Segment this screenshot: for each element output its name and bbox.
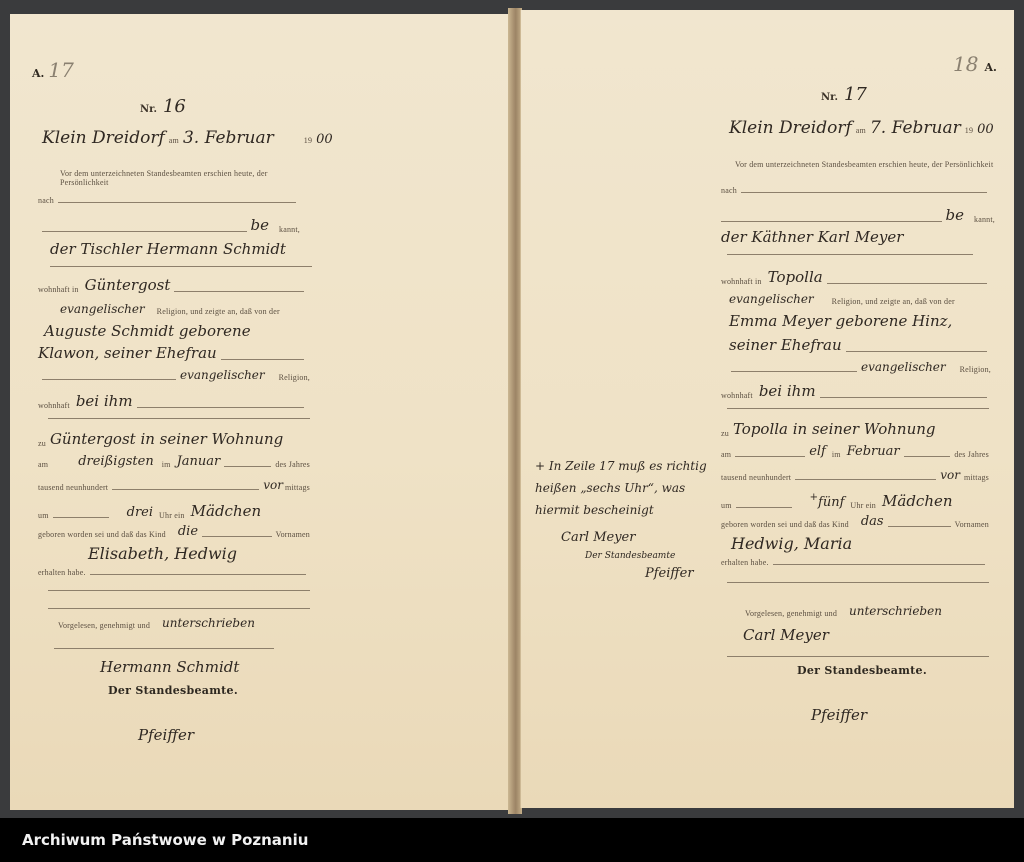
entry-number-value: 17: [844, 84, 867, 105]
year-prefix: 19: [965, 126, 973, 135]
mother-residence: bei ihm: [759, 382, 816, 400]
residence-row: wohnhaft in Güntergost: [38, 276, 308, 294]
year-suffix: 00: [977, 122, 994, 137]
birth-year-row: tausend neunhundert vor mittags: [721, 468, 989, 482]
residence: Topolla: [768, 268, 823, 286]
signature-official: Pfeiffer: [138, 726, 194, 744]
residence: Güntergost: [85, 276, 171, 294]
mother-line-1: Auguste Schmidt geborene: [44, 322, 314, 340]
mother-residence: bei ihm: [76, 392, 133, 410]
religion-label: Religion,: [279, 373, 310, 382]
time-period: vor: [263, 478, 283, 492]
margin-correction-note: + In Zeile 17 muß es richtig heißen „sec…: [535, 455, 715, 585]
archive-footer: Archiwum Państwowe w Poznaniu: [0, 818, 1024, 862]
article: das: [861, 514, 884, 529]
year-suffix: 00: [316, 132, 333, 147]
vorgelesen-row: Vorgelesen, genehmigt und unterschrieben: [58, 616, 308, 630]
child-row: geboren worden sei und daß das Kind die …: [38, 524, 310, 539]
birth-date-row: am dreißigsten im Januar des Jahres: [38, 454, 310, 469]
bekannt-row: bekannt,: [38, 216, 300, 234]
place: Klein Dreidorf: [42, 128, 165, 148]
signature-official: Pfeiffer: [811, 706, 867, 724]
note-line-2: heißen „sechs Uhr“, was: [535, 477, 715, 499]
left-page: A.17 Nr.16 Klein Dreidorf am 3. Februar …: [10, 14, 510, 810]
birth-hour-row: um + fünf Uhr ein Mädchen: [721, 492, 989, 510]
im-label: im: [832, 450, 841, 459]
folio-number: 18: [953, 52, 978, 76]
vorgelesen-label: Vorgelesen, genehmigt und: [745, 609, 837, 618]
birth-day: elf: [809, 444, 826, 459]
erhalten-row: erhalten habe.: [38, 568, 310, 577]
child-names: Elisabeth, Hedwig: [88, 544, 237, 563]
date-line: Klein Dreidorf am 7. Februar 19 00: [729, 118, 994, 138]
intro-label: Vor dem unterzeichneten Standesbeamten e…: [60, 169, 310, 187]
um-label: um: [721, 501, 732, 510]
declarant-row: der Käthner Karl Meyer: [721, 228, 991, 246]
nach-label: nach: [38, 196, 54, 205]
bekannt-prefix: be: [251, 216, 269, 234]
mother-line-1: Emma Meyer geborene Hinz,: [729, 312, 999, 330]
nr-label: Nr.: [140, 104, 157, 115]
year-prefix: 19: [304, 136, 312, 145]
am-label: am: [169, 136, 179, 145]
vorgelesen-label: Vorgelesen, genehmigt und: [58, 621, 150, 630]
religion-mother: evangelischer: [861, 360, 946, 374]
geboren-label: geboren worden sei und daß das Kind: [721, 520, 849, 529]
nr-label: Nr.: [821, 92, 838, 103]
kannt-label: kannt,: [279, 225, 300, 234]
folio-number: 17: [48, 58, 73, 82]
wohnhaft-in-label: wohnhaft in: [721, 277, 762, 286]
birth-hour-row: um drei Uhr ein Mädchen: [38, 502, 310, 520]
birth-hour: drei: [127, 505, 153, 520]
folio-letter: A.: [32, 67, 44, 80]
mittags-label: mittags: [285, 483, 310, 492]
des-jahres-label: des Jahres: [954, 450, 989, 459]
religion-mother: evangelischer: [180, 368, 265, 382]
birth-year-row: tausend neunhundert vor mittags: [38, 478, 310, 492]
vorgelesen-row: Vorgelesen, genehmigt und unterschrieben: [745, 604, 995, 618]
religion-declarant: evangelischer: [60, 302, 145, 316]
birth-place: Güntergost in seiner Wohnung: [50, 430, 283, 448]
am-label: am: [856, 126, 866, 135]
mother-religion-row: evangelischerReligion,: [38, 368, 310, 382]
standesbeamte-label: Der Standesbeamte.: [797, 664, 927, 677]
date-line: Klein Dreidorf am 3. Februar 19 00: [42, 128, 333, 148]
intro-text: Vor dem unterzeichneten Standesbeamten e…: [60, 169, 310, 187]
entry-number: Nr.16: [140, 96, 186, 117]
religion-declarant: evangelischer: [729, 292, 814, 306]
intro-text: Vor dem unterzeichneten Standesbeamten e…: [735, 160, 995, 169]
birth-place-row: zu Topolla in seiner Wohnung: [721, 420, 1001, 438]
mittags-label: mittags: [964, 473, 989, 482]
child-names-row: Hedwig, Maria: [731, 534, 951, 553]
approval: unterschrieben: [162, 616, 255, 630]
mother-line-2: seiner Ehefrau: [729, 336, 991, 354]
time-period: vor: [940, 468, 960, 482]
vornamen-label: Vornamen: [955, 520, 989, 529]
bekannt-row: bekannt,: [717, 206, 995, 224]
mother-residence-row: wohnhaft bei ihm: [721, 382, 991, 400]
zu-label: zu: [721, 429, 729, 438]
erhalten-row: erhalten habe.: [721, 558, 989, 567]
birth-day: dreißigsten: [78, 454, 154, 469]
note-line-1: + In Zeile 17 muß es richtig: [535, 455, 715, 477]
child-sex: Mädchen: [191, 502, 262, 520]
mother-name: Auguste Schmidt geborene: [44, 322, 251, 340]
note-line-3: hiermit bescheinigt: [535, 499, 715, 521]
kannt-label: kannt,: [974, 215, 995, 224]
entry-number-value: 16: [163, 96, 186, 117]
note-official-title: Der Standesbeamte: [585, 549, 715, 563]
tausend-label: tausend neunhundert: [38, 483, 108, 492]
birth-place-row: zu Güntergost in seiner Wohnung: [38, 430, 318, 448]
birth-place: Topolla in seiner Wohnung: [733, 420, 936, 438]
religion-row: evangelischer Religion, und zeigte an, d…: [729, 292, 989, 306]
wohnhaft-label: wohnhaft: [721, 391, 753, 400]
residence-row: wohnhaft in Topolla: [721, 268, 991, 286]
correction-mark: +: [810, 492, 818, 503]
am-label-2: am: [721, 450, 731, 459]
mother-name-cont: Klawon, seiner Ehefrau: [38, 344, 217, 362]
um-label: um: [38, 511, 49, 520]
birth-date-row: am elf im Februar des Jahres: [721, 444, 989, 459]
right-page: 18A. Nr.17 Klein Dreidorf am 7. Februar …: [520, 10, 1014, 808]
erhalten-label: erhalten habe.: [721, 558, 769, 567]
geboren-label: geboren worden sei und daß das Kind: [38, 530, 166, 539]
declarant-row: der Tischler Hermann Schmidt: [50, 240, 320, 258]
wohnhaft-in-label: wohnhaft in: [38, 285, 79, 294]
uhr-ein-label: Uhr ein: [850, 501, 876, 510]
child-row: geboren worden sei und daß das Kind das …: [721, 514, 989, 529]
signature-declarant: Carl Meyer: [743, 626, 829, 644]
religion-line-label: Religion, und zeigte an, daß von der: [157, 307, 280, 316]
birth-month: Februar: [847, 444, 900, 459]
child-names-row: Elisabeth, Hedwig: [88, 544, 308, 563]
des-jahres-label: des Jahres: [275, 460, 310, 469]
mother-line-2: Klawon, seiner Ehefrau: [38, 344, 308, 362]
entry-number: Nr.17: [821, 84, 867, 105]
religion-row: evangelischer Religion, und zeigte an, d…: [60, 302, 310, 316]
mother-name: Emma Meyer geborene Hinz,: [729, 312, 952, 330]
child-names: Hedwig, Maria: [731, 534, 852, 553]
mother-residence-row: wohnhaft bei ihm: [38, 392, 308, 410]
zu-label: zu: [38, 439, 46, 448]
wohnhaft-label: wohnhaft: [38, 401, 70, 410]
birth-month: Januar: [177, 454, 221, 469]
declarant: der Tischler Hermann Schmidt: [50, 240, 286, 258]
archive-name: Archiwum Państwowe w Poznaniu: [22, 831, 308, 849]
approval: unterschrieben: [849, 604, 942, 618]
note-signature-declarant: Carl Meyer: [561, 527, 715, 549]
article: die: [178, 524, 198, 539]
place: Klein Dreidorf: [729, 118, 852, 138]
nach-row: nach: [38, 196, 300, 205]
bekannt-prefix: be: [946, 206, 964, 224]
standesbeamte-label: Der Standesbeamte.: [108, 684, 238, 697]
child-sex: Mädchen: [882, 492, 953, 510]
uhr-ein-label: Uhr ein: [159, 511, 185, 520]
signature-declarant: Hermann Schmidt: [100, 658, 239, 676]
note-signature-official: Pfeiffer: [645, 563, 715, 585]
erhalten-label: erhalten habe.: [38, 568, 86, 577]
vornamen-label: Vornamen: [276, 530, 310, 539]
mother-religion-row: evangelischerReligion,: [727, 360, 991, 374]
nach-label: nach: [721, 186, 737, 195]
folio-mark: 18A.: [953, 52, 997, 76]
birth-hour: fünf: [818, 495, 844, 510]
mother-name-cont: seiner Ehefrau: [729, 336, 842, 354]
date: 3. Februar: [183, 128, 274, 148]
nach-row: nach: [721, 186, 991, 195]
folio-mark: A.17: [32, 58, 74, 82]
tausend-label: tausend neunhundert: [721, 473, 791, 482]
intro-label: Vor dem unterzeichneten Standesbeamten e…: [735, 160, 993, 169]
am-label-2: am: [38, 460, 48, 469]
religion-label: Religion,: [960, 365, 991, 374]
folio-letter: A.: [984, 61, 996, 74]
date: 7. Februar: [870, 118, 961, 138]
im-label: im: [162, 460, 171, 469]
religion-line-label: Religion, und zeigte an, daß von der: [832, 297, 955, 306]
declarant: der Käthner Karl Meyer: [721, 228, 903, 246]
